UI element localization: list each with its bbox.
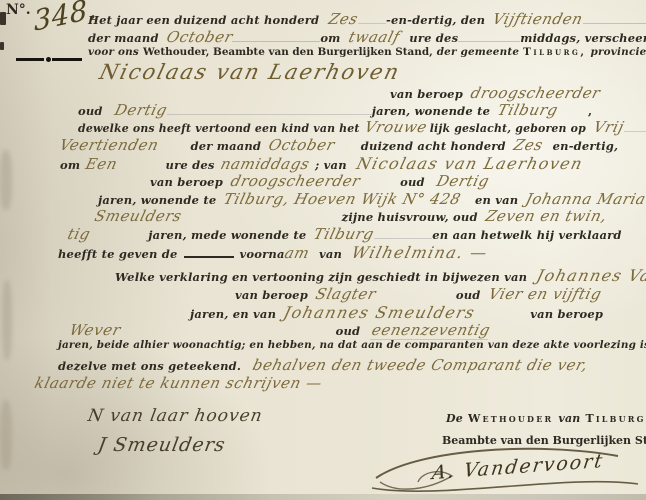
official-municipality: Tilburg, [585, 412, 646, 425]
line-witness1: Welke verklaring en vertooning zijn gesc… [115, 266, 646, 285]
handwritten-birth-year: Zes [512, 136, 545, 154]
printed-text: van [319, 247, 342, 261]
printed-text: -en-dertig, den [386, 13, 485, 27]
line-year-date: Het jaar een duizend acht honderd Zes -e… [88, 9, 646, 28]
printed-text: provincie [591, 46, 646, 58]
handwritten-witness2-age: eenenzeventig [370, 321, 493, 340]
handwritten-note-continued: klaarde niet te kunnen schrijven — [33, 374, 324, 392]
birth-certificate-scan: N°. 348. Het jaar een duizend acht honde… [0, 0, 646, 500]
printed-text: jaren, en van [190, 307, 276, 321]
line-witness1-occupation-age: van beroep Slagter oud Vier en vijftig [235, 285, 601, 303]
blank-line [232, 27, 320, 42]
municipality-name: Tilburg, [523, 46, 586, 58]
handwritten-father-occupation: droogscheerder [229, 172, 363, 190]
printed-text: De [446, 412, 463, 425]
document-number-block: N°. 348. [6, 2, 97, 31]
declarant-signature: N van laar hooven [86, 406, 264, 426]
line-mother-residence: tig jaren, mede wonende te Tilburg en aa… [68, 225, 622, 243]
bleedthrough-mark [0, 400, 12, 470]
official-title-line1: De Wethouder van Tilburg, [446, 412, 646, 425]
handwritten-age-continued: tig [66, 225, 93, 243]
handwritten-year: Zes [327, 10, 360, 28]
printed-text: oud [456, 288, 481, 302]
printed-dash-rule [184, 247, 234, 258]
printed-text: oud [400, 175, 425, 189]
printed-text: der maand [190, 139, 261, 153]
line-witness2-occupation-age: Wever oud eenenzeventig [70, 321, 490, 340]
line-declarant-age-residence: oud Dertig jaren, wonende te Tilburg , [78, 101, 592, 119]
printed-text: dezelve met ons geteekend. [58, 359, 241, 373]
line-father-residence-mother: jaren, wonende te Tilburg, Hoeven Wijk N… [98, 190, 646, 208]
printed-text: Welke verklaring en vertooning zijn gesc… [115, 270, 527, 284]
printed-text: jaren, mede wonende te [148, 228, 306, 242]
printed-text: en aan hetwelk hij verklaard [432, 228, 621, 242]
handwritten-father-age: Dertig [435, 172, 492, 190]
official-title: Wethouder [468, 412, 553, 425]
handwritten-birth-day: Veertienden [58, 136, 161, 154]
handwritten-birth-month: October [267, 136, 337, 154]
printed-text: der maand [88, 31, 159, 45]
printed-text: middags, verscheen [520, 31, 646, 45]
signature-declarant: N van laar hooven [88, 406, 263, 426]
printed-text: jaren, wonende te [372, 104, 490, 118]
divider-rule [16, 58, 44, 61]
handwritten-daypart: namiddags [218, 155, 311, 173]
printed-text: om [60, 158, 80, 172]
blank-line [583, 9, 646, 24]
handwritten-mother-surname: Smeulders [93, 207, 184, 225]
handwritten-mother-age: Zeven en twin, [483, 207, 608, 225]
printed-text: van beroep [530, 307, 603, 321]
handwritten-weekday: Vrij [592, 118, 626, 136]
witness-signature: J Smeulders [96, 434, 227, 456]
handwritten-father-address: Tilburg, Hoeven Wijk N° 428 [222, 190, 463, 208]
line-declarant-occupation: van beroep droogscheerder [390, 84, 600, 102]
printed-text: van beroep [390, 87, 463, 101]
printed-text: lijk geslacht, geboren op [430, 122, 586, 135]
printed-text: jaren, beide alhier woonachtig; en hebbe… [58, 339, 646, 351]
divider-dot [46, 57, 51, 62]
printed-text: zijne huisvrouw, oud [342, 210, 478, 224]
line-birth-date: Veertienden der maand October duizend ac… [60, 136, 618, 154]
printed-text: oud [78, 104, 103, 118]
printed-text: oud [336, 324, 361, 338]
printed-text: voor ons [88, 46, 139, 58]
printed-text: ure des [409, 31, 458, 45]
handwritten-text: am [282, 244, 311, 262]
declarant-name: Nicolaas van Laerhoven [100, 60, 400, 84]
document-number-label: N°. [6, 2, 31, 18]
printed-text: Wethouder, Beambte van den Burgerlijken … [143, 46, 433, 58]
handwritten-month: October [164, 28, 234, 46]
printed-text: van beroep [150, 175, 223, 189]
printed-text: Het jaar een duizend acht honderd [88, 13, 319, 27]
handwritten-day: Vijftienden [491, 10, 585, 28]
printed-text: en van [475, 193, 518, 207]
line-month-hour: der maand October om twaalf ure des midd… [88, 27, 646, 46]
handwritten-hour: twaalf [346, 28, 401, 46]
divider-rule-2 [52, 58, 82, 61]
printed-text: der gemeente [437, 46, 519, 58]
line-signed-note-2: klaarde niet te kunnen schrijven — [35, 374, 322, 392]
handwritten-note: behalven den tweede Comparant die ver, [251, 356, 590, 374]
line-father-occupation-age: van beroep droogscheerder oud Dertig [150, 172, 489, 190]
printed-text: om [320, 31, 340, 45]
handwritten-gender: Vrouwe [362, 118, 429, 136]
line-child-gender-birthday: dewelke ons heeft vertoond een kind van … [78, 118, 646, 136]
handwritten-witness1-name: Johannes Van Breda [535, 266, 646, 285]
printed-text: , [588, 104, 592, 118]
bleedthrough-mark [0, 150, 12, 210]
handwritten-father-name: Nicolaas van Laerhoven [354, 154, 585, 173]
edge-mark [0, 12, 6, 25]
handwritten-witness2-name: Johannes Smeulders [282, 303, 478, 322]
printed-text: ure des [166, 158, 215, 172]
handwritten-mother-name: Johanna Maria [524, 190, 646, 208]
handwritten-occupation: droogscheerder [469, 84, 603, 102]
printed-text: ; van [315, 158, 347, 172]
printed-text: van beroep [235, 288, 308, 302]
printed-text: duizend acht honderd [361, 139, 506, 153]
handwritten-age: Dertig [112, 101, 169, 119]
handwritten-witness1-age: Vier en vijftig [486, 285, 603, 303]
page-bottom-edge [0, 494, 646, 500]
line-mother-surname-age: Smeulders zijne huisvrouw, oud Zeven en … [95, 207, 607, 225]
line-child-name: heefft te geven de voorna am van Wilhelm… [58, 243, 488, 262]
handwritten-birth-hour: Een [84, 155, 120, 173]
line-official-municipality: voor ons Wethouder, Beambte van den Burg… [88, 46, 646, 58]
line-signed-note: dezelve met ons geteekend. behalven den … [58, 356, 588, 374]
line-witness2: jaren, en van Johannes Smeulders van ber… [190, 303, 603, 322]
handwritten-witness1-occupation: Slagter [314, 285, 378, 303]
handwritten-mother-residence: Tilburg [312, 225, 376, 243]
printed-text: van [558, 412, 580, 425]
printed-text: heefft te geven de [58, 247, 178, 261]
printed-text: en-dertig, [553, 139, 619, 153]
printed-text: dewelke ons heeft vertoond een kind van … [78, 122, 360, 135]
bleedthrough-mark [2, 280, 12, 360]
handwritten-child-name: Wilhelmina. — [350, 243, 491, 262]
edge-mark [0, 42, 4, 50]
line-closing-readout: jaren, beide alhier woonachtig; en hebbe… [58, 339, 646, 351]
line-birth-time-father: om Een ure des namiddags ; van Nicolaas … [60, 154, 583, 173]
handwritten-witness2-occupation: Wever [68, 321, 123, 339]
signature-witness: J Smeulders [98, 434, 226, 456]
handwritten-declarant-name: Nicolaas van Laerhoven [97, 60, 403, 84]
handwritten-residence: Tilburg [496, 101, 560, 119]
blank-line [458, 27, 520, 42]
printed-text: voorna [240, 247, 285, 261]
printed-text: jaren, wonende te [98, 193, 216, 207]
